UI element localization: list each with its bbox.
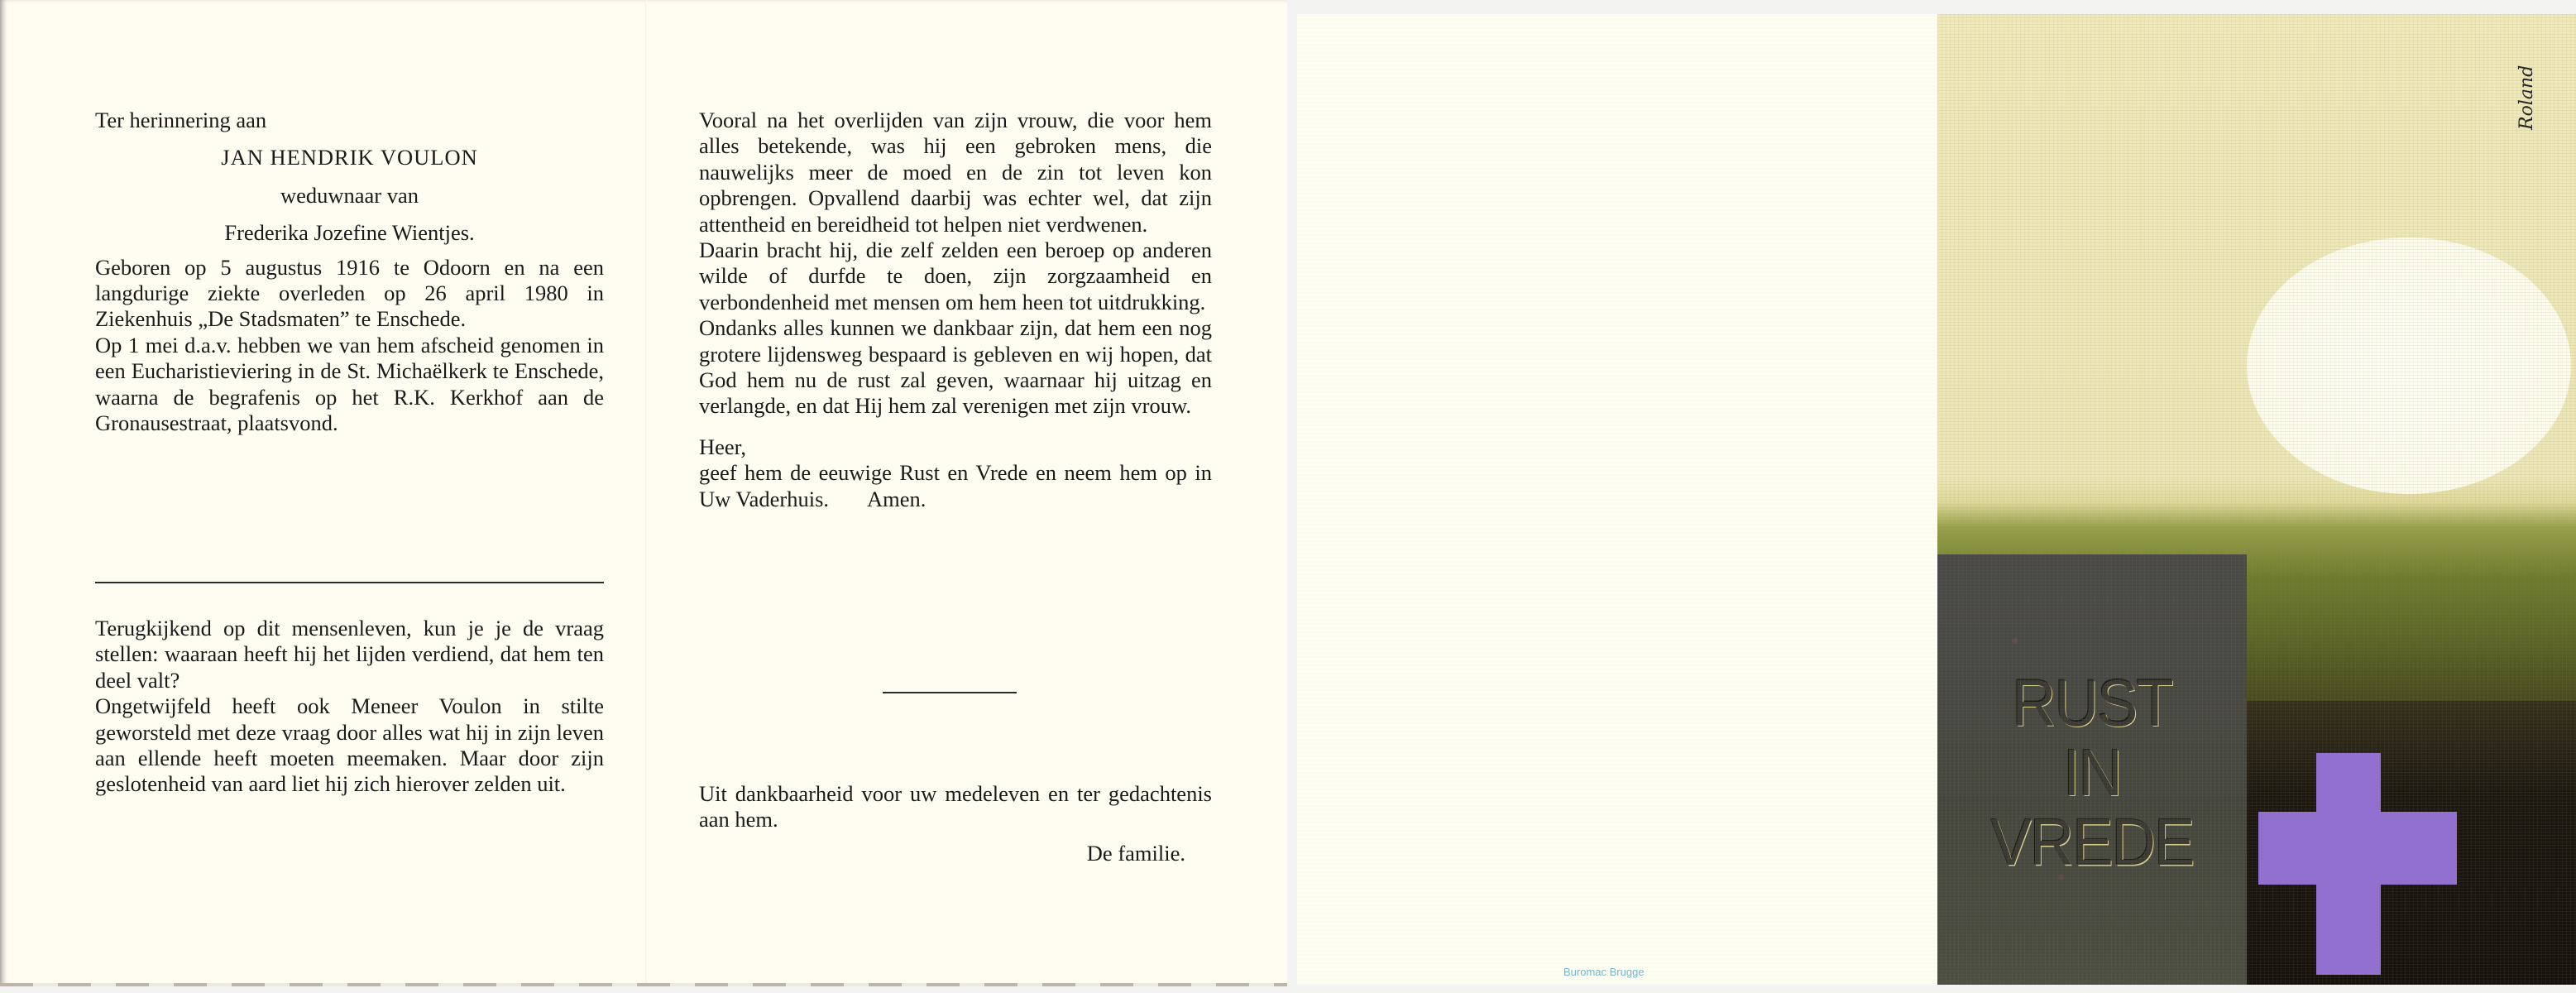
back-cover: Buromac Brugge xyxy=(1297,14,1937,985)
cross-horizontal-bar xyxy=(2258,812,2457,885)
memorial-paragraph: Ondanks alles kunnen we dankbaar zijn, d… xyxy=(699,315,1212,420)
prayer-amen: Amen. xyxy=(867,487,926,511)
divider-long xyxy=(95,582,604,583)
prayer-line: geef hem de eeuwige Rust en Vrede en nee… xyxy=(699,460,1212,511)
divider-short xyxy=(883,692,1017,693)
thanks-text: Uit dankbaarheid voor uw medeleven en te… xyxy=(699,781,1212,833)
prayer-text: geef hem de eeuwige Rust en Vrede en nee… xyxy=(699,460,1212,512)
spouse-name: Frederika Jozefine Wientjes. xyxy=(95,220,604,246)
reflection-paragraph: Terugkijkend op dit mensenleven, kun je … xyxy=(95,616,604,693)
front-cover-artwork: RUST IN VREDE Roland xyxy=(1937,14,2576,985)
inscription-line: IN xyxy=(1937,738,2247,808)
thanks-section: Uit dankbaarheid voor uw medeleven en te… xyxy=(699,781,1212,833)
prayer-salutation: Heer, xyxy=(699,434,1212,460)
memorial-paragraph: Daarin bracht hij, die zelf zelden een b… xyxy=(699,237,1212,315)
sun-circle xyxy=(2247,237,2571,494)
memorial-paragraph: Vooral na het overlijden van zijn vrouw,… xyxy=(699,108,1212,237)
outer-spread: Buromac Brugge RUST IN VREDE Roland xyxy=(1297,0,2576,986)
deceased-name: JAN HENDRIK VOULON xyxy=(95,145,604,170)
inner-spread: Ter herinnering aan JAN HENDRIK VOULON w… xyxy=(0,0,1287,986)
left-panel: Ter herinnering aan JAN HENDRIK VOULON w… xyxy=(95,108,604,436)
inscription-line: VREDE xyxy=(1937,808,2247,877)
intro-text: Ter herinnering aan xyxy=(95,108,604,133)
funeral-paragraph: Op 1 mei d.a.v. hebben we van hem afsche… xyxy=(95,333,604,437)
family-signature: De familie. xyxy=(699,841,1185,866)
card-bottom-edge xyxy=(0,983,1287,986)
reflection-section: Terugkijkend op dit mensenleven, kun je … xyxy=(95,616,604,798)
gravestone-inscription: RUST IN VREDE xyxy=(1937,669,2247,878)
biography-paragraph: Geboren op 5 augustus 1916 te Odoorn en … xyxy=(95,255,604,333)
right-panel: Vooral na het overlijden van zijn vrouw,… xyxy=(699,108,1212,512)
inscription-line: RUST xyxy=(1937,669,2247,738)
reflection-paragraph: Ongetwijfeld heeft ook Meneer Voulon in … xyxy=(95,693,604,798)
relation-text: weduwnaar van xyxy=(95,183,604,209)
printer-imprint: Buromac Brugge xyxy=(1563,966,1645,978)
center-fold xyxy=(645,0,647,986)
artist-signature: Roland xyxy=(2516,47,2541,130)
